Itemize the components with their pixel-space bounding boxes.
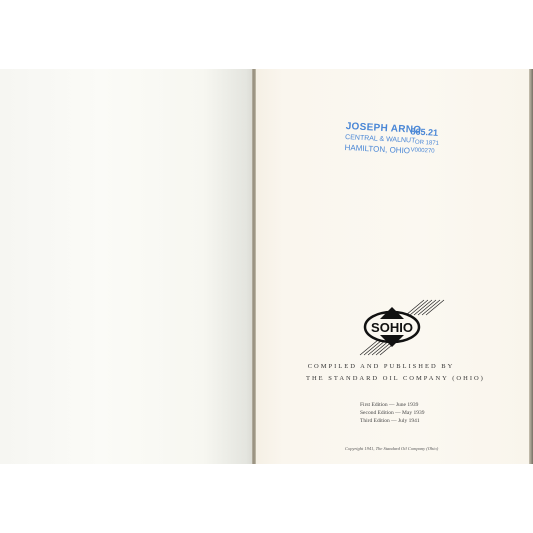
- sohio-logo: SOHIO: [352, 297, 452, 357]
- left-blank-page: [0, 69, 254, 464]
- edition-item: First Edition — June 1939: [360, 401, 424, 409]
- publisher-line-1: COMPILED AND PUBLISHED BY: [306, 361, 456, 373]
- copyright-notice: Copyright 1941, The Standard Oil Company…: [345, 446, 438, 451]
- stamp-code-2: OR 1871: [415, 140, 439, 147]
- open-book: [0, 69, 533, 464]
- sohio-logo-icon: SOHIO: [352, 297, 452, 357]
- edition-item: Second Edition — May 1939: [360, 409, 424, 417]
- svg-text:SOHIO: SOHIO: [371, 320, 413, 335]
- page-edge: [529, 69, 533, 464]
- publisher-block: COMPILED AND PUBLISHED BY THE STANDARD O…: [256, 361, 456, 385]
- publisher-line-2: THE STANDARD OIL COMPANY (OHIO): [306, 373, 456, 385]
- edition-item: Third Edition — July 1941: [360, 417, 424, 425]
- stamp-code-3: V000270: [410, 147, 434, 154]
- stamp-code: 865.21: [410, 126, 438, 137]
- edition-list: First Edition — June 1939 Second Edition…: [360, 401, 424, 425]
